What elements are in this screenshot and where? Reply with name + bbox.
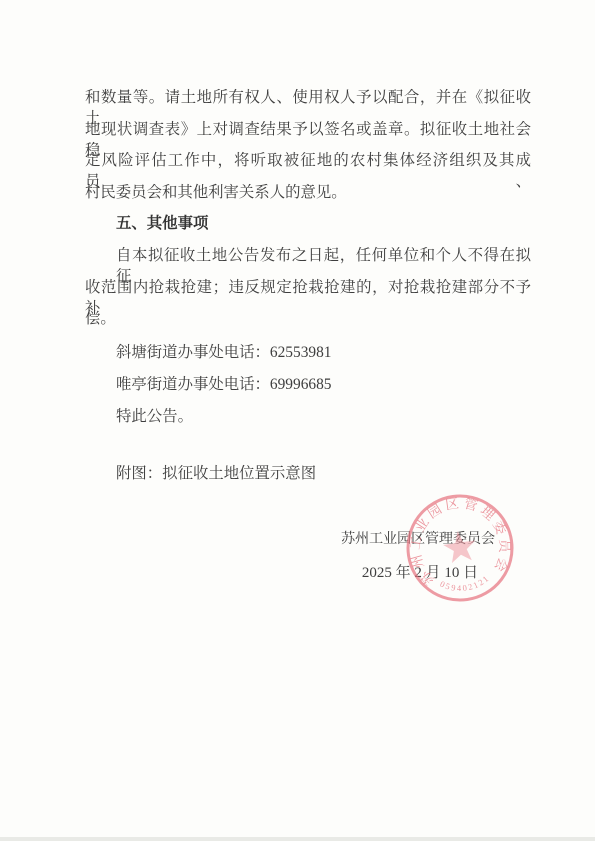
document-page: 和数量等。请土地所有权人、使用权人予以配合，并在《拟征收土 地现状调查表》上对调… <box>0 0 595 841</box>
signature-organization: 苏州工业园区管理委员会 <box>341 528 499 548</box>
seal-ring-circle <box>401 489 518 606</box>
signature-date: 2025 年 2 月 10 日 <box>341 561 499 582</box>
closing-statement: 特此公告。 <box>85 407 562 428</box>
attachment-note: 附图：拟征收土地位置示意图 <box>85 464 562 485</box>
contact-phone-line: 唯亭街道办事处电话：69996685 <box>85 375 562 396</box>
paragraph-line: 偿。 <box>85 309 531 330</box>
section-heading: 五、其他事项 <box>85 214 562 235</box>
official-seal: 苏州工业园区管理委员会 3705940212125 <box>394 482 525 613</box>
paragraph-line: 村民委员会和其他利害关系人的意见。 <box>85 183 531 204</box>
page-edge-shadow <box>0 837 595 841</box>
contact-phone-line: 斜塘街道办事处电话：62553981 <box>85 343 562 364</box>
